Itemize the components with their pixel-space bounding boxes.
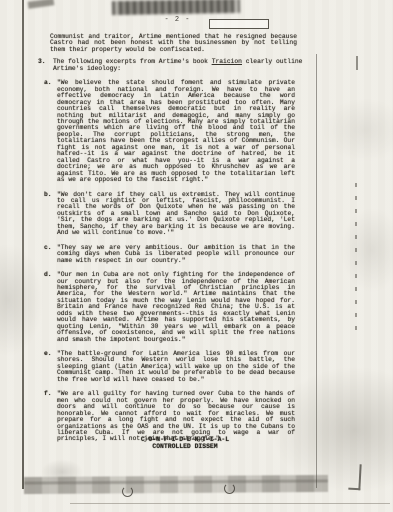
paragraph-intro-continuation: Communist and traitor, Artime mentioned … [50,34,297,53]
page-number: - 2 - [0,16,355,24]
excerpt-item-a: a. "We believe the state should foment a… [44,80,393,183]
excerpt-letter: d. [44,272,57,343]
excerpt-letter: b. [44,192,57,237]
scan-loop-mark [122,486,133,497]
excerpt-item-e: e. "The battle-ground for Latin America … [44,351,393,383]
excerpt-text: "The battle-ground for Latin America lie… [57,351,295,383]
scan-smear-band [24,475,328,494]
scan-bottom-edge [70,503,390,504]
excerpt-item-b: b. "We don't care if they call us extrem… [44,192,393,237]
control-line: CONTROLLED DISSEM [60,443,310,450]
scanned-document-page: - 2 - Communist and traitor, Artime ment… [0,0,393,512]
scan-loop-mark [224,483,235,494]
smudged-stamp [112,0,240,15]
redaction-box [209,19,269,29]
scan-angle-mark [348,464,361,491]
excerpt-letter: e. [44,351,57,383]
classification-stamp: C-O-N-F-I-D-E-N-T-I-A-L CONTROLLED DISSE… [60,436,310,450]
excerpt-letter: c. [44,245,57,264]
excerpt-item-d: d. "Our men in Cuba are not only fightin… [44,272,393,343]
excerpt-text: "Our men in Cuba are not only fighting f… [57,272,295,343]
excerpt-letter: f. [44,391,57,443]
excerpt-text: "We believe the state should foment and … [57,80,295,183]
book-title: Traicion [212,58,242,65]
excerpt-item-c: c. "They say we are very ambitious. Our … [44,245,393,264]
scan-smudge-top-left [28,0,55,9]
item-text: The following excerpts from Artime's boo… [53,59,303,72]
item-number: 3. [38,59,53,72]
document-body: Communist and traitor, Artime mentioned … [0,34,393,443]
classification-line: C-O-N-F-I-D-E-N-T-I-A-L [60,436,310,443]
excerpt-letter: a. [44,80,57,183]
excerpt-text: "They say we are very ambitious. Our amb… [57,245,295,264]
numbered-item-3: 3. The following excerpts from Artime's … [38,59,393,72]
excerpt-text: "We don't care if they call us extremist… [57,192,295,237]
